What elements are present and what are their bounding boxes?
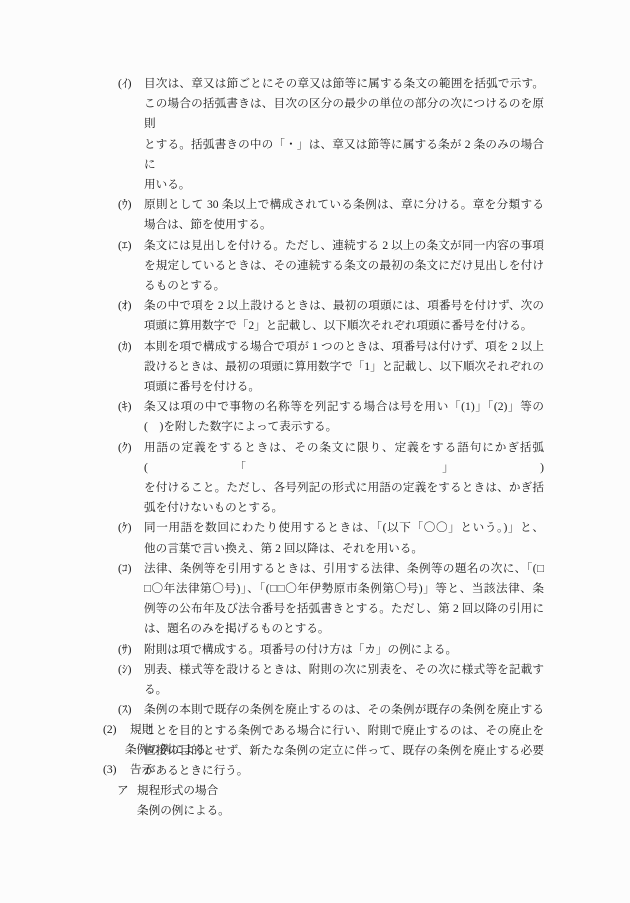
section-list: (2)規則条例の例による。(3)告示ア規程形式の場合条例の例による。 [0,720,630,821]
section-body-line: 条例の例による。 [0,801,630,821]
section-text: 条例の例による。 [125,743,218,756]
clause-marker: (ｽ) [118,700,132,720]
clause-line: (ｼ)別表、様式等を設けるときは、附則の次に別表を、その次に様式等を記載す [144,660,544,680]
clause-line: 例等の公布年及び法令番号を括弧書きとする。ただし、第 2 回以降の引用に [144,599,544,619]
section-text: 条例の例による。 [137,804,230,817]
clause-line: (ｹ)同一用語を数回にわたり使用するときは、「(以下「〇〇」という。)」と、 [144,518,544,538]
clause-marker: (ｼ) [118,660,132,680]
clause-line: (ｲ)目次は、章又は節ごとにその章又は節等に属する条文の範囲を括弧で示す。 [144,74,544,94]
clause-line: (ｺ)法律、条例等を引用するときは、引用する法律、条例等の題名の次に、「(□ [144,559,544,579]
section-heading-line: (3)告示 [0,760,630,780]
clause-line: (ｸ)用語の定義をするときは、その条文に限り、定義をする語句にかぎ括弧(「 」) [144,438,544,478]
clause-marker: (ｵ) [118,296,132,316]
section-text: 規則 [130,723,153,736]
clause-marker: (ｺ) [118,559,132,579]
clause-line: 設けるときは、最初の項頭に算用数字で「1」と記載し、以下順次それぞれの [144,357,544,377]
section-text: 告示 [130,763,153,776]
clause-line: る。 [144,680,544,700]
clause-marker: (ｻ) [118,640,132,660]
clause-line: 他の言葉で言い換え、第 2 回以降は、それを用いる。 [144,539,544,559]
section-marker: (3) [103,760,130,780]
clause-line: るものとする。 [144,276,544,296]
clause-line: (ｽ)条例の本則で既存の条例を廃止するのは、その条例が既存の条例を廃止する [144,700,544,720]
clause-line: 用いる。 [144,175,544,195]
clause-line: (ｵ)条の中で項を 2 以上設けるときは、最初の項頭には、項番号を付けず、次の [144,296,544,316]
clause-line: を規定しているときは、その連続する条文の最初の条文にだけ見出しを付け [144,256,544,276]
clause-line: ( )を附した数字によって表示する。 [144,417,544,437]
clause-line: (ｶ)本則を項で構成する場合で項が 1 つのときは、項番号は付けず、項を 2 以… [144,337,544,357]
clause-marker: (ｹ) [118,518,132,538]
clause-line: を付けること。ただし、各号列記の形式に用語の定義をするときは、かぎ括 [144,478,544,498]
clause-line: (ｴ)条文には見出しを付ける。ただし、連続する 2 以上の条文が同一内容の事項 [144,236,544,256]
clause-line: この場合の括弧書きは、目次の区分の最少の単位の部分の次につけるのを原則 [144,94,544,134]
clause-line: (ｻ)附則は項で構成する。項番号の付け方は「カ」の例による。 [144,640,544,660]
section-heading-line: (2)規則 [0,720,630,740]
clause-marker: (ｷ) [118,397,132,417]
document-page: (ｲ)目次は、章又は節ごとにその章又は節等に属する条文の範囲を括弧で示す。この場… [0,0,630,903]
clause-line: (ｷ)条又は項の中で事物の名称等を列記する場合は号を用い「(1)」「(2)」等の [144,397,544,417]
clause-line: 項頭に番号を付ける。 [144,377,544,397]
section-marker: (2) [103,720,130,740]
clause-marker: (ｸ) [118,438,132,458]
clause-marker: (ｴ) [118,236,132,256]
clause-line: 項頭に算用数字で「2」と記載し、以下順次それぞれ項頭に番号を付ける。 [144,316,544,336]
clause-marker: (ｲ) [118,74,132,94]
clause-marker: (ｶ) [118,337,132,357]
section-heading-line: ア規程形式の場合 [0,781,630,801]
section-marker: ア [117,781,137,801]
clause-item-list: (ｲ)目次は、章又は節ごとにその章又は節等に属する条文の範囲を括弧で示す。この場… [144,74,544,781]
clause-marker: (ｳ) [118,195,132,215]
clause-line: とする。括弧書きの中の「・」は、章又は節等に属する条が 2 条のみの場合に [144,135,544,175]
section-text: 規程形式の場合 [137,784,218,797]
clause-line: 弧を付けないものとする。 [144,498,544,518]
clause-line: 場合は、節を使用する。 [144,215,544,235]
clause-line: は、題名のみを掲げるものとする。 [144,619,544,639]
clause-line: (ｳ)原則として 30 条以上で構成されている条例は、章に分ける。章を分類する [144,195,544,215]
section-body-line: 条例の例による。 [0,740,630,760]
clause-line: □〇年法律第〇号)」、「(□□〇年伊勢原市条例第〇号)」等と、当該法律、条 [144,579,544,599]
